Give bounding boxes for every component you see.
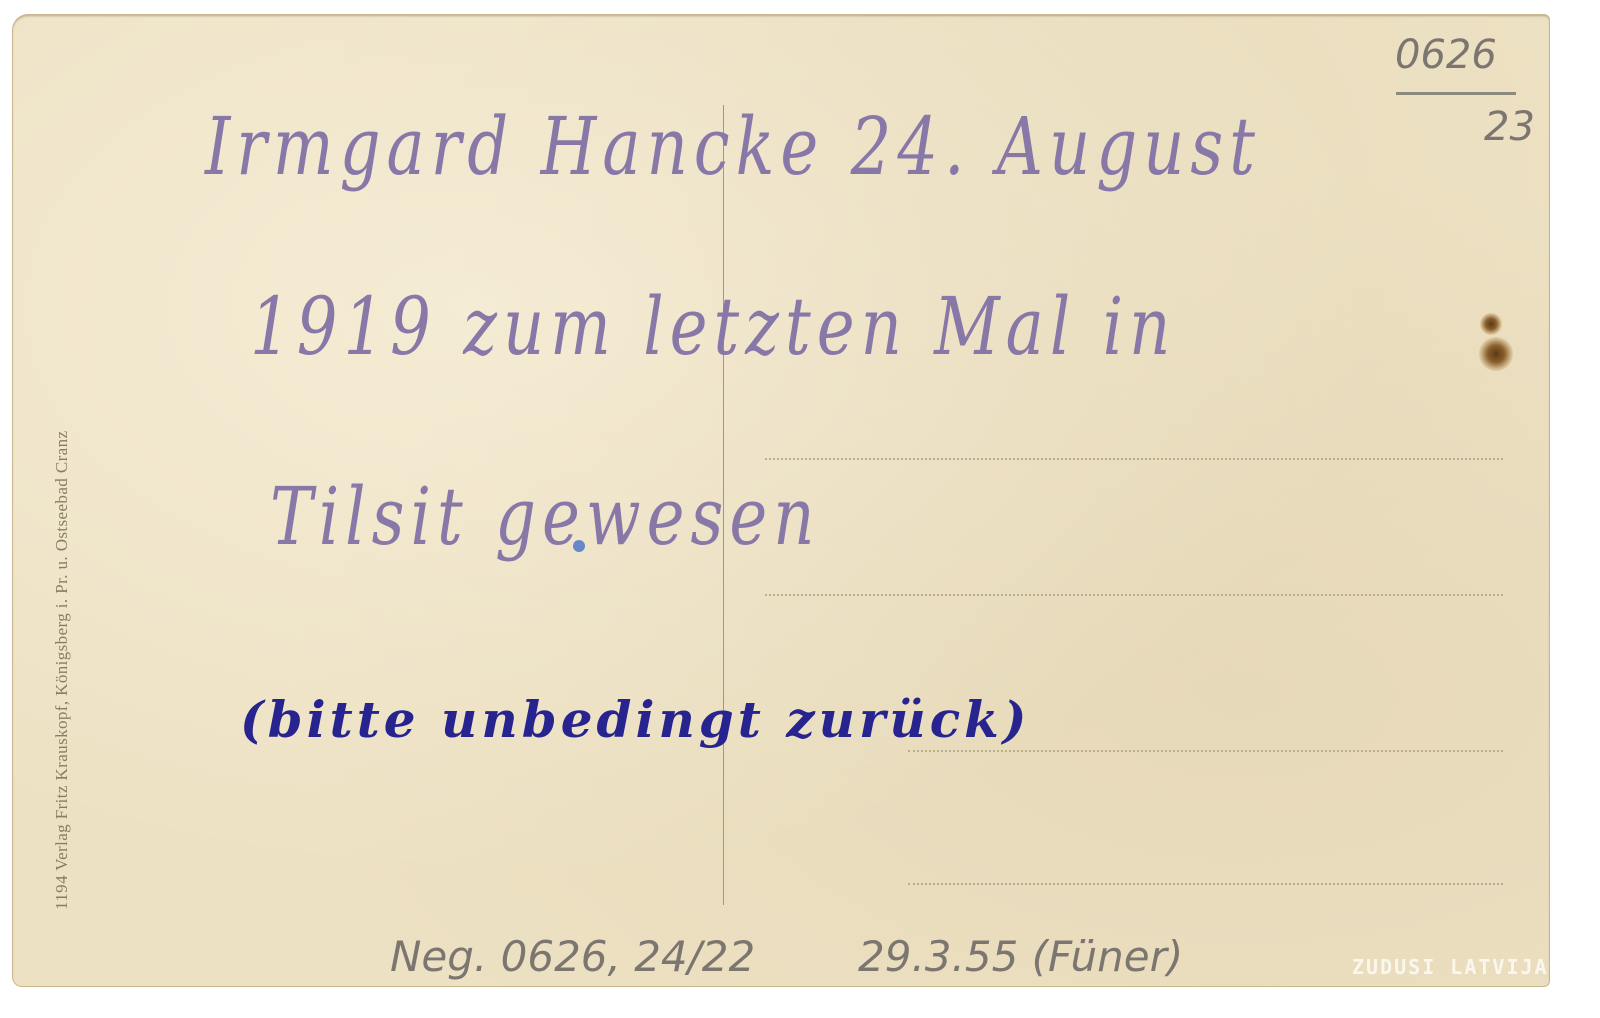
archive-subnumber: 23 bbox=[1484, 104, 1535, 150]
message-line-3: Tilsit gewesen bbox=[270, 472, 820, 565]
publisher-imprint: 1194 Verlag Fritz Krauskopf, Königsberg … bbox=[52, 90, 72, 910]
message-line-1: Irmgard Hancke 24. August bbox=[205, 102, 1261, 195]
stain-small bbox=[1480, 313, 1502, 335]
archive-date-note: 29.3.55 (Füner) bbox=[858, 932, 1183, 981]
stain-large bbox=[1479, 337, 1513, 371]
address-line-1 bbox=[765, 458, 1503, 460]
address-line-4 bbox=[908, 883, 1503, 885]
ink-blot bbox=[573, 540, 585, 552]
negative-reference: Neg. 0626, 24/22 bbox=[390, 932, 755, 981]
address-line-3 bbox=[908, 750, 1503, 752]
archive-number: 0626 bbox=[1395, 32, 1497, 78]
watermark: ZUDUSI LATVIJA bbox=[1352, 955, 1549, 979]
blue-ink-note: (bitte unbedingt zurück) bbox=[240, 690, 1030, 749]
message-line-2: 1919 zum letzten Mal in bbox=[250, 282, 1176, 375]
archive-fraction-bar bbox=[1396, 92, 1516, 95]
address-line-2 bbox=[765, 594, 1503, 596]
